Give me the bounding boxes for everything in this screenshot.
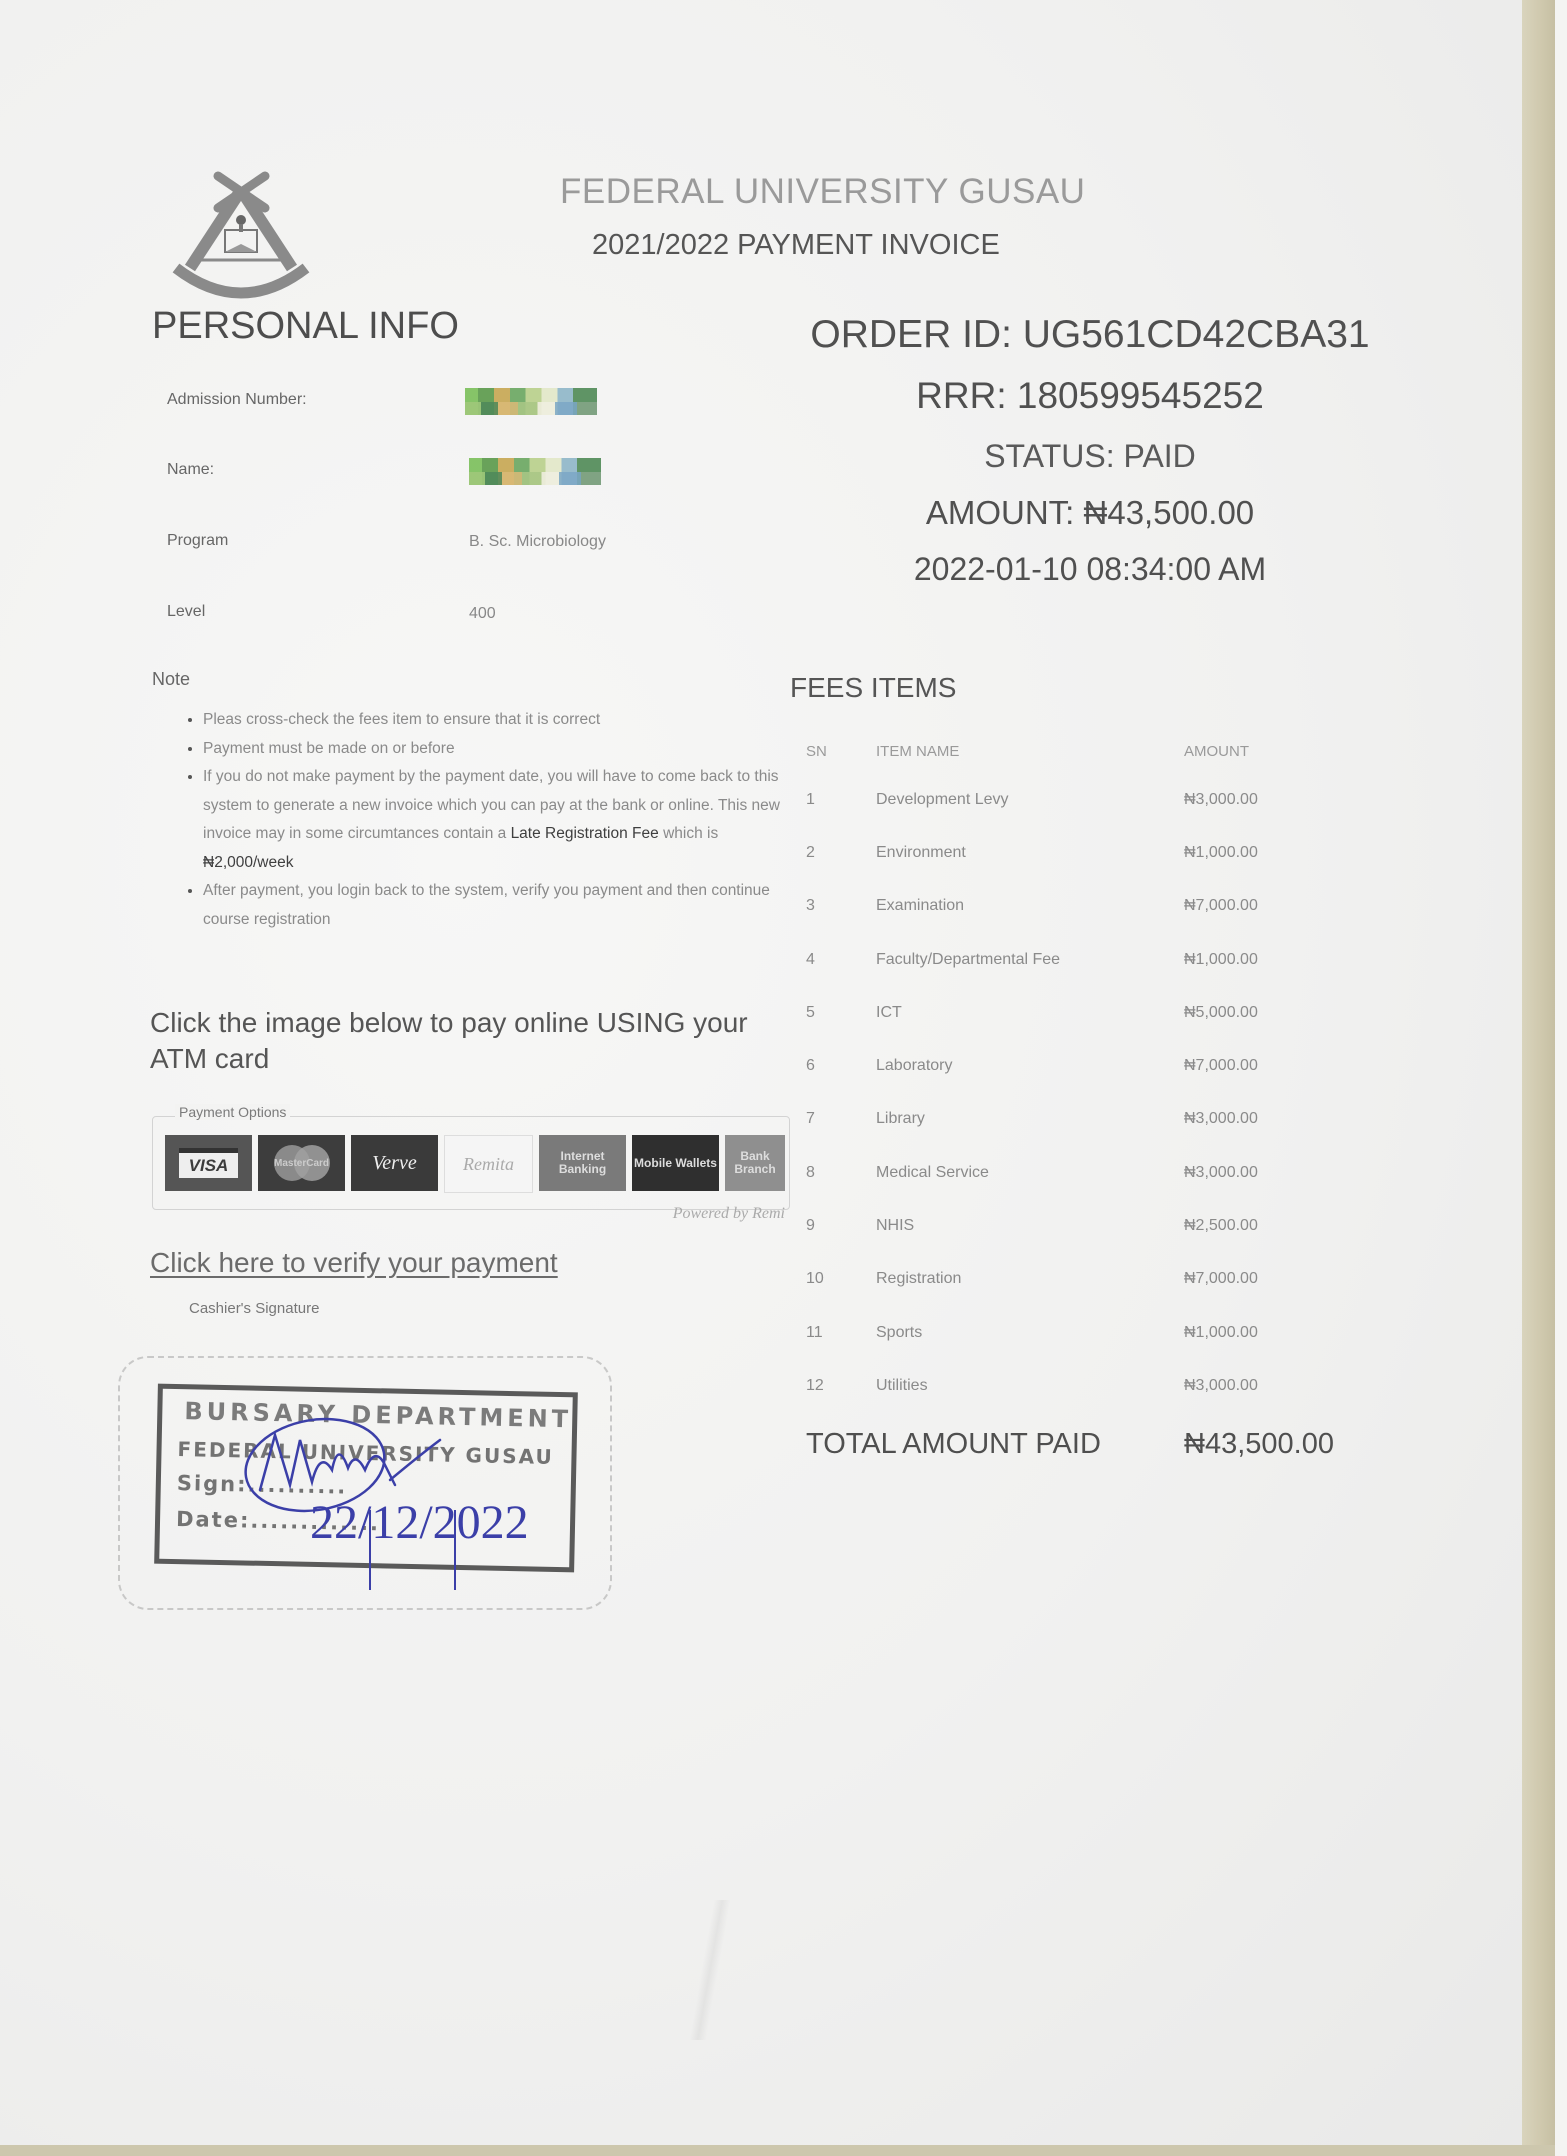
total-amount-value: ₦43,500.00	[1184, 1428, 1334, 1461]
paper-crease	[680, 1900, 740, 2040]
table-row: 8Medical Service₦3,000.00	[790, 1146, 1350, 1199]
row-item-name: Sports	[876, 1306, 1184, 1359]
row-item-name: Utilities	[876, 1359, 1184, 1412]
row-item-name: Development Levy	[876, 767, 1184, 826]
note-item: If you do not make payment by the paymen…	[203, 763, 783, 877]
university-crest-icon	[170, 168, 312, 306]
note-heading: Note	[152, 669, 190, 690]
verve-button[interactable]: Verve	[351, 1135, 438, 1191]
scan-background-bottom	[0, 2145, 1555, 2156]
mastercard-icon: MasterCard	[274, 1157, 329, 1170]
table-row: 12Utilities₦3,000.00	[790, 1359, 1350, 1412]
payment-amount: AMOUNT: ₦43,500.00	[790, 485, 1390, 541]
row-item-name: Environment	[876, 826, 1184, 879]
row-sn: 9	[790, 1199, 876, 1252]
row-sn: 12	[790, 1359, 876, 1412]
table-header-row: SN ITEM NAME AMOUNT	[790, 735, 1350, 767]
row-amount: ₦2,500.00	[1184, 1199, 1350, 1252]
rrr-number: RRR: 180599545252	[790, 365, 1390, 427]
payment-options-legend: Payment Options	[175, 1104, 290, 1120]
table-row: 2Environment₦1,000.00	[790, 826, 1350, 879]
pay-online-heading: Click the image below to pay online USIN…	[150, 1005, 770, 1077]
total-amount-label: TOTAL AMOUNT PAID	[806, 1428, 1101, 1461]
verve-icon: Verve	[372, 1157, 416, 1170]
table-row: 4Faculty/Departmental Fee₦1,000.00	[790, 933, 1350, 986]
note-item: After payment, you login back to the sys…	[203, 877, 783, 934]
row-item-name: Laboratory	[876, 1039, 1184, 1092]
row-sn: 6	[790, 1039, 876, 1092]
admission-number-label: Admission Number:	[167, 391, 307, 409]
row-sn: 10	[790, 1253, 876, 1306]
payment-options-panel: Payment Options VISA MasterCard Verve Re…	[152, 1116, 790, 1210]
bank-branch-button[interactable]: Bank Branch	[725, 1135, 785, 1191]
university-name: FEDERAL UNIVERSITY GUSAU	[560, 172, 1085, 212]
late-fee-label: Late Registration Fee	[511, 825, 659, 842]
row-amount: ₦7,000.00	[1184, 1253, 1350, 1306]
internet-banking-button[interactable]: Internet Banking	[539, 1135, 626, 1191]
order-summary: ORDER ID: UG561CD42CBA31 RRR: 1805995452…	[790, 305, 1390, 597]
internet-banking-icon: Internet Banking	[539, 1150, 626, 1176]
fees-items-heading: FEES ITEMS	[790, 672, 956, 704]
row-item-name: Library	[876, 1093, 1184, 1146]
row-item-name: Examination	[876, 880, 1184, 933]
remita-icon: Remita	[463, 1158, 514, 1171]
row-amount: ₦3,000.00	[1184, 1359, 1350, 1412]
invoice-title: 2021/2022 PAYMENT INVOICE	[592, 229, 1000, 262]
row-amount: ₦1,000.00	[1184, 1306, 1350, 1359]
order-id: ORDER ID: UG561CD42CBA31	[790, 305, 1390, 365]
row-amount: ₦7,000.00	[1184, 880, 1350, 933]
row-item-name: Faculty/Departmental Fee	[876, 933, 1184, 986]
row-amount: ₦7,000.00	[1184, 1039, 1350, 1092]
row-item-name: Medical Service	[876, 1146, 1184, 1199]
note-list: Pleas cross-check the fees item to ensur…	[183, 706, 783, 934]
row-sn: 8	[790, 1146, 876, 1199]
row-amount: ₦1,000.00	[1184, 826, 1350, 879]
personal-info-heading: PERSONAL INFO	[152, 305, 459, 348]
admission-number-redacted	[465, 388, 597, 415]
fees-table: SN ITEM NAME AMOUNT 1Development Levy₦3,…	[790, 735, 1350, 1413]
level-value: 400	[469, 605, 496, 623]
scan-margin	[1555, 0, 1567, 2156]
table-row: 11Sports₦1,000.00	[790, 1306, 1350, 1359]
note-item: Payment must be made on or before	[203, 735, 783, 764]
cashier-signature-label: Cashier's Signature	[189, 1300, 319, 1317]
name-redacted	[469, 458, 601, 485]
row-sn: 3	[790, 880, 876, 933]
powered-by-remita: Powered by Remi	[673, 1205, 785, 1223]
row-amount: ₦1,000.00	[1184, 933, 1350, 986]
svg-text:22/12/2022: 22/12/2022	[310, 1496, 529, 1549]
row-sn: 1	[790, 767, 876, 826]
verify-payment-link[interactable]: Click here to verify your payment	[150, 1247, 558, 1279]
row-item-name: NHIS	[876, 1199, 1184, 1252]
program-value: B. Sc. Microbiology	[469, 533, 606, 551]
remita-button[interactable]: Remita	[444, 1135, 533, 1193]
level-label: Level	[167, 603, 205, 621]
visa-icon: VISA	[179, 1148, 239, 1178]
row-amount: ₦3,000.00	[1184, 767, 1350, 826]
mobile-wallets-button[interactable]: Mobile Wallets	[632, 1135, 719, 1191]
table-row: 6Laboratory₦7,000.00	[790, 1039, 1350, 1092]
row-item-name: Registration	[876, 1253, 1184, 1306]
late-fee-amount: ₦2,000/week	[203, 854, 293, 871]
name-label: Name:	[167, 461, 214, 479]
column-amount: AMOUNT	[1184, 735, 1350, 767]
payment-status: STATUS: PAID	[790, 427, 1390, 485]
bank-branch-icon: Bank Branch	[725, 1150, 785, 1176]
row-amount: ₦3,000.00	[1184, 1093, 1350, 1146]
mobile-wallets-icon: Mobile Wallets	[634, 1157, 717, 1170]
handwritten-signature-icon: 22/12/2022	[220, 1410, 620, 1600]
note-item: Pleas cross-check the fees item to ensur…	[203, 706, 783, 735]
row-item-name: ICT	[876, 986, 1184, 1039]
row-sn: 11	[790, 1306, 876, 1359]
table-row: 1Development Levy₦3,000.00	[790, 767, 1350, 826]
row-amount: ₦5,000.00	[1184, 986, 1350, 1039]
visa-button[interactable]: VISA	[165, 1135, 252, 1191]
table-row: 10Registration₦7,000.00	[790, 1253, 1350, 1306]
scan-background-edge	[1522, 0, 1555, 2156]
table-row: 5ICT₦5,000.00	[790, 986, 1350, 1039]
table-row: 3Examination₦7,000.00	[790, 880, 1350, 933]
table-row: 7Library₦3,000.00	[790, 1093, 1350, 1146]
column-item-name: ITEM NAME	[876, 735, 1184, 767]
table-row: 9NHIS₦2,500.00	[790, 1199, 1350, 1252]
row-amount: ₦3,000.00	[1184, 1146, 1350, 1199]
column-sn: SN	[790, 735, 876, 767]
row-sn: 4	[790, 933, 876, 986]
mastercard-button[interactable]: MasterCard	[258, 1135, 345, 1191]
row-sn: 2	[790, 826, 876, 879]
row-sn: 5	[790, 986, 876, 1039]
payment-datetime: 2022-01-10 08:34:00 AM	[790, 541, 1390, 597]
row-sn: 7	[790, 1093, 876, 1146]
program-label: Program	[167, 532, 228, 550]
